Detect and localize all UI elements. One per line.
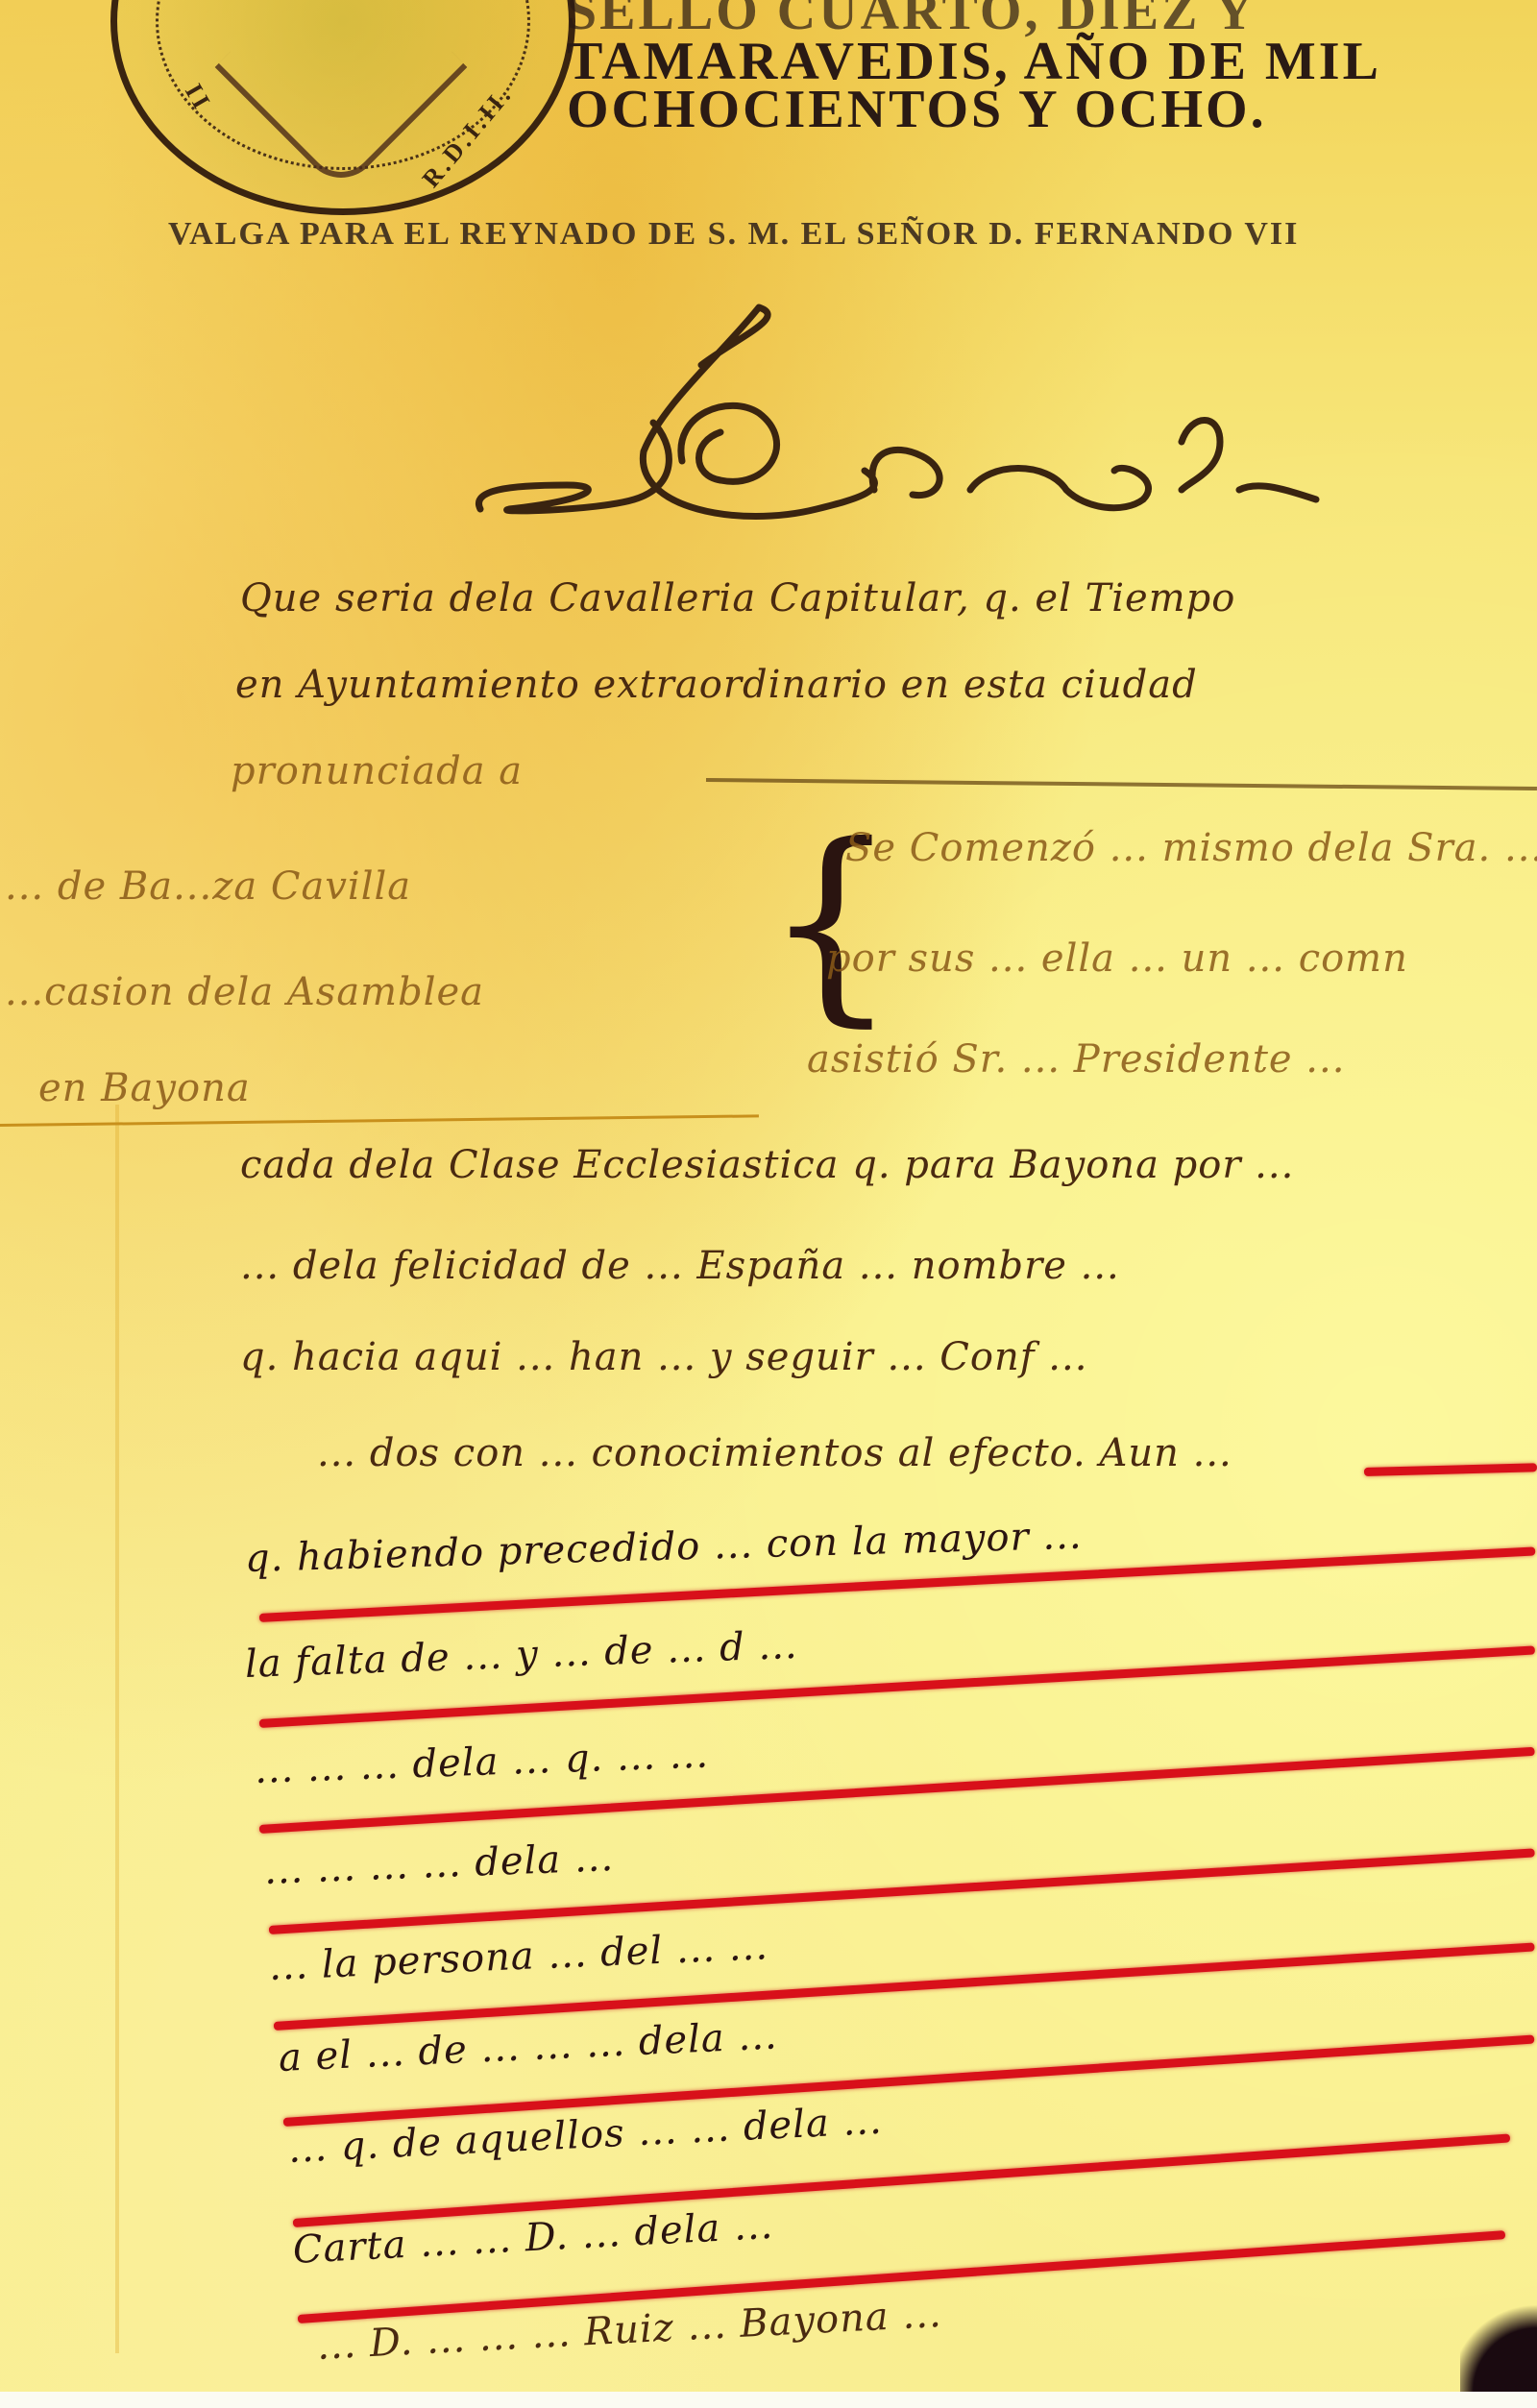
page-corner-shadow [1460, 2305, 1537, 2392]
printed-header-line-3: OCHOCIENTOS Y OCHO. [567, 79, 1267, 140]
margin-note-line-3: en Bayona [38, 1066, 251, 1110]
right-column-line-1: Se Comenzó ... mismo dela Sra. ... [845, 826, 1537, 870]
margin-note-line-1: ... de Ba...za Cavilla [5, 864, 411, 909]
right-column-line-2: por sus ... ella ... un ... comn [826, 936, 1408, 981]
body-top-line-1: Que seria dela Cavalleria Capitular, q. … [240, 576, 1235, 620]
body-main-line-2: ... dela felicidad de ... España ... nom… [240, 1244, 1120, 1288]
margin-note-line-2: ...casion dela Asamblea [5, 970, 484, 1014]
bottom-border [0, 2392, 1537, 2408]
rubric-flourish-icon [451, 298, 1374, 538]
body-main-line-1: cada dela Clase Ecclesiastica q. para Ba… [240, 1143, 1294, 1187]
body-top-line-2: en Ayuntamiento extraordinario en esta c… [235, 663, 1198, 707]
body-top-line-3: pronunciada a [231, 749, 523, 793]
body-main-line-4: ... dos con ... conocimientos al efecto.… [317, 1431, 1232, 1475]
right-column-line-3: asistió Sr. ... Presidente ... [807, 1037, 1345, 1082]
page-fold [115, 1105, 119, 2353]
body-main-line-3: q. hacia aqui ... han ... y seguir ... C… [240, 1335, 1087, 1379]
printed-header-validity: VALGA PARA EL REYNADO DE S. M. EL SEÑOR … [168, 216, 1299, 253]
